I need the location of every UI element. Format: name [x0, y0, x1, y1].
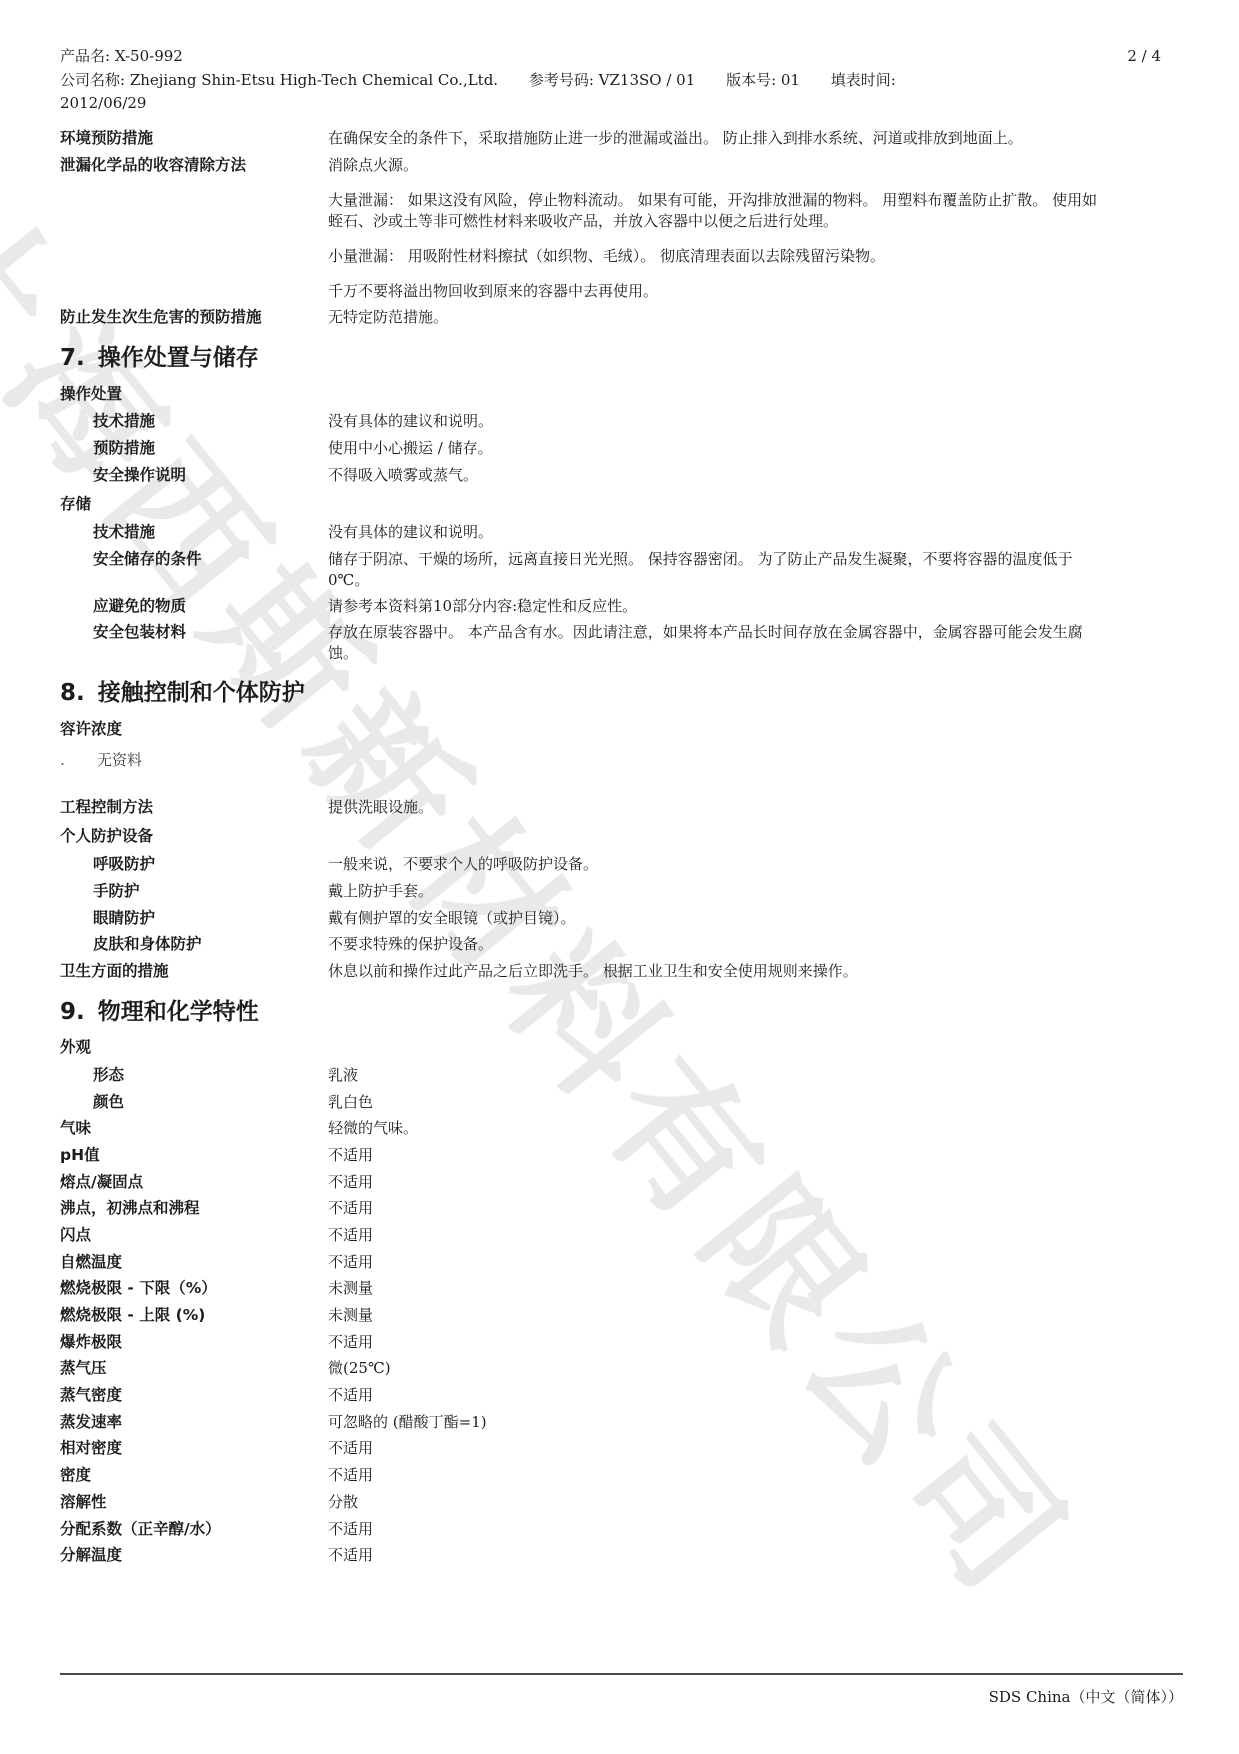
field-value: 使用中小心搬运 / 储存。 [328, 438, 1104, 459]
field-label: 燃烧极限 - 上限 (%) [60, 1305, 328, 1327]
field-value: 不适用 [328, 1438, 1104, 1459]
field-row: 爆炸极限不适用 [60, 1332, 1179, 1354]
field-label: 应避免的物质 [60, 596, 328, 618]
field-value: 不适用 [328, 1332, 1104, 1353]
field-value: 不适用 [328, 1465, 1104, 1486]
company-name: 公司名称: Zhejiang Shin-Etsu High-Tech Chemi… [60, 71, 498, 89]
field-label: 泄漏化学品的收容清除方法 [60, 155, 328, 177]
field-value: 储存于阴凉、干燥的场所，远离直接日光光照。 保持容器密闭。 为了防止产品发生凝聚… [328, 549, 1104, 591]
field-label: 预防措施 [60, 438, 328, 460]
field-row: 蒸气密度不适用 [60, 1385, 1179, 1407]
section-heading-9: 9.物理和化学特性 [60, 999, 1179, 1027]
sds-document-page: 上海西斯新材料有限公司 产品名: X-50-992 2 / 4 公司名称: Zh… [0, 0, 1239, 1754]
section-heading-8: 8.接触控制和个体防护 [60, 680, 1179, 708]
note-row: .无资料 [60, 750, 1179, 771]
field-row: pH值不适用 [60, 1145, 1179, 1167]
field-label: 皮肤和身体防护 [60, 934, 328, 956]
field-value: 轻微的气味。 [328, 1118, 1104, 1139]
field-row: 燃烧极限 - 下限（%）未测量 [60, 1278, 1179, 1300]
group-heading: 存储 [60, 494, 91, 516]
field-label: 形态 [60, 1065, 328, 1087]
field-label: 工程控制方法 [60, 797, 328, 819]
field-value: 无特定防范措施。 [328, 307, 1104, 328]
field-row: 眼睛防护戴有侧护罩的安全眼镜（或护目镜）。 [60, 908, 1179, 930]
field-label: 燃烧极限 - 下限（%） [60, 1278, 328, 1300]
field-value: 未测量 [328, 1278, 1104, 1299]
field-label: 卫生方面的措施 [60, 961, 328, 983]
field-label: 分配系数（正辛醇/水） [60, 1519, 328, 1541]
field-value: 不得吸入喷雾或蒸气。 [328, 465, 1104, 486]
fill-date: 2012/06/29 [60, 94, 146, 112]
field-value: 不适用 [328, 1545, 1104, 1566]
group-heading-row: 外观 [60, 1037, 1179, 1059]
field-row: 气味轻微的气味。 [60, 1118, 1179, 1140]
field-row: 形态乳液 [60, 1065, 1179, 1087]
field-value: 乳白色 [328, 1092, 1104, 1113]
document-footer: SDS China（中文（简体）） [60, 1673, 1183, 1708]
field-label: pH值 [60, 1145, 328, 1167]
field-value: 消除点火源。 [328, 155, 1104, 176]
date-label: 填表时间: [831, 71, 896, 89]
paragraph-text: 大量泄漏： 如果这没有风险，停止物料流动。 如果有可能，开沟排放泄漏的物料。 用… [328, 190, 1104, 232]
field-value: 乳液 [328, 1065, 1104, 1086]
footer-text: SDS China（中文（简体）） [989, 1688, 1183, 1706]
field-label: 闪点 [60, 1225, 328, 1247]
field-row: 沸点，初沸点和沸程不适用 [60, 1198, 1179, 1220]
field-value: 分散 [328, 1492, 1104, 1513]
group-heading: 外观 [60, 1037, 91, 1059]
page-indicator: 2 / 4 [1127, 46, 1161, 67]
section-number: 8. [60, 680, 85, 708]
field-label: 熔点/凝固点 [60, 1172, 328, 1194]
field-label: 蒸气压 [60, 1358, 328, 1380]
field-row: 手防护戴上防护手套。 [60, 881, 1179, 903]
field-value: 不适用 [328, 1172, 1104, 1193]
field-value: 一般来说，不要求个人的呼吸防护设备。 [328, 854, 1104, 875]
field-label: 环境预防措施 [60, 128, 328, 150]
field-label: 安全包装材料 [60, 622, 328, 644]
field-value: 微(25℃) [328, 1358, 1104, 1379]
field-value: 不适用 [328, 1145, 1104, 1166]
group-heading-row: 操作处置 [60, 384, 1179, 406]
field-label: 防止发生次生危害的预防措施 [60, 307, 328, 329]
field-label: 爆炸极限 [60, 1332, 328, 1354]
field-row: 技术措施没有具体的建议和说明。 [60, 522, 1179, 544]
product-name: 产品名: X-50-992 [60, 46, 183, 67]
paragraph-text: 小量泄漏： 用吸附性材料擦拭（如织物、毛绒）。 彻底清理表面以去除残留污染物。 [328, 246, 1104, 267]
group-heading-row: 存储 [60, 494, 1179, 516]
field-row: 环境预防措施在确保安全的条件下，采取措施防止进一步的泄漏或溢出。 防止排入到排水… [60, 128, 1179, 150]
field-value: 不适用 [328, 1252, 1104, 1273]
field-row: 分解温度不适用 [60, 1545, 1179, 1567]
field-row: 燃烧极限 - 上限 (%)未测量 [60, 1305, 1179, 1327]
field-label: 分解温度 [60, 1545, 328, 1567]
field-label: 蒸发速率 [60, 1412, 328, 1434]
field-label: 呼吸防护 [60, 854, 328, 876]
field-label: 自燃温度 [60, 1252, 328, 1274]
field-row: 泄漏化学品的收容清除方法消除点火源。 [60, 155, 1179, 177]
field-row: 相对密度不适用 [60, 1438, 1179, 1460]
field-value: 提供洗眼设施。 [328, 797, 1104, 818]
section-title: 操作处置与储存 [98, 345, 259, 373]
document-header: 产品名: X-50-992 2 / 4 [60, 46, 1179, 67]
field-value: 在确保安全的条件下，采取措施防止进一步的泄漏或溢出。 防止排入到排水系统、河道或… [328, 128, 1104, 149]
field-label: 密度 [60, 1465, 328, 1487]
group-heading: 容许浓度 [60, 719, 122, 741]
group-heading: 操作处置 [60, 384, 122, 406]
stray-dot: . [60, 750, 97, 771]
field-value: 不适用 [328, 1385, 1104, 1406]
field-row: 防止发生次生危害的预防措施无特定防范措施。 [60, 307, 1179, 329]
field-row: 自燃温度不适用 [60, 1252, 1179, 1274]
field-row: 卫生方面的措施休息以前和操作过此产品之后立即洗手。 根据工业卫生和安全使用规则来… [60, 961, 1179, 983]
field-label: 技术措施 [60, 522, 328, 544]
field-row: 工程控制方法提供洗眼设施。 [60, 797, 1179, 819]
field-row: 应避免的物质请参考本资料第10部分内容:稳定性和反应性。 [60, 596, 1179, 618]
field-value: 不适用 [328, 1198, 1104, 1219]
field-value: 没有具体的建议和说明。 [328, 522, 1104, 543]
field-row: 蒸发速率可忽略的 (醋酸丁酯=1) [60, 1412, 1179, 1434]
field-value: 戴有侧护罩的安全眼镜（或护目镜）。 [328, 908, 1104, 929]
field-row: 密度不适用 [60, 1465, 1179, 1487]
field-row: 技术措施没有具体的建议和说明。 [60, 411, 1179, 433]
section-heading-7: 7.操作处置与储存 [60, 345, 1179, 373]
field-value: 不适用 [328, 1519, 1104, 1540]
field-row: 安全包装材料存放在原装容器中。 本产品含有水。因此请注意，如果将本产品长时间存放… [60, 622, 1179, 664]
reference-number: 参考号码: VZ13SO / 01 [529, 71, 695, 89]
field-value: 可忽略的 (醋酸丁酯=1) [328, 1412, 1104, 1433]
field-label: 技术措施 [60, 411, 328, 433]
version-number: 版本号: 01 [726, 71, 800, 89]
field-label: 气味 [60, 1118, 328, 1140]
header-date: 2012/06/29 [60, 93, 1179, 114]
field-row: 蒸气压微(25℃) [60, 1358, 1179, 1380]
field-label: 溶解性 [60, 1492, 328, 1514]
field-label: 相对密度 [60, 1438, 328, 1460]
field-value: 没有具体的建议和说明。 [328, 411, 1104, 432]
note-text: 无资料 [97, 750, 142, 771]
field-label: 眼睛防护 [60, 908, 328, 930]
section-number: 9. [60, 999, 85, 1027]
field-label: 颜色 [60, 1092, 328, 1114]
field-row: 颜色乳白色 [60, 1092, 1179, 1114]
field-row: 预防措施使用中小心搬运 / 储存。 [60, 438, 1179, 460]
field-value: 戴上防护手套。 [328, 881, 1104, 902]
section-title: 物理和化学特性 [98, 999, 259, 1027]
paragraph-row: 千万不要将溢出物回收到原来的容器中去再使用。 [60, 281, 1179, 302]
paragraph-row: 小量泄漏： 用吸附性材料擦拭（如织物、毛绒）。 彻底清理表面以去除残留污染物。 [60, 246, 1179, 267]
field-label: 沸点，初沸点和沸程 [60, 1198, 328, 1220]
field-value: 休息以前和操作过此产品之后立即洗手。 根据工业卫生和安全使用规则来操作。 [328, 961, 1104, 982]
group-heading-row: 容许浓度 [60, 719, 1179, 741]
paragraph-row: 大量泄漏： 如果这没有风险，停止物料流动。 如果有可能，开沟排放泄漏的物料。 用… [60, 190, 1179, 232]
field-value: 未测量 [328, 1305, 1104, 1326]
page-content: 产品名: X-50-992 2 / 4 公司名称: Zhejiang Shin-… [0, 0, 1239, 1567]
field-row: 熔点/凝固点不适用 [60, 1172, 1179, 1194]
field-label: 安全储存的条件 [60, 549, 328, 571]
field-row: 安全储存的条件储存于阴凉、干燥的场所，远离直接日光光照。 保持容器密闭。 为了防… [60, 549, 1179, 591]
field-value: 请参考本资料第10部分内容:稳定性和反应性。 [328, 596, 1104, 617]
header-company-line: 公司名称: Zhejiang Shin-Etsu High-Tech Chemi… [60, 70, 1179, 91]
field-label: 安全操作说明 [60, 465, 328, 487]
group-heading: 个人防护设备 [60, 826, 153, 848]
field-value: 不要求特殊的保护设备。 [328, 934, 1104, 955]
field-row: 安全操作说明不得吸入喷雾或蒸气。 [60, 465, 1179, 487]
field-value: 存放在原装容器中。 本产品含有水。因此请注意，如果将本产品长时间存放在金属容器中… [328, 622, 1104, 664]
field-row: 分配系数（正辛醇/水）不适用 [60, 1519, 1179, 1541]
field-row: 闪点不适用 [60, 1225, 1179, 1247]
field-label: 蒸气密度 [60, 1385, 328, 1407]
section-number: 7. [60, 345, 85, 373]
field-row: 皮肤和身体防护不要求特殊的保护设备。 [60, 934, 1179, 956]
paragraph-text: 千万不要将溢出物回收到原来的容器中去再使用。 [328, 281, 1104, 302]
field-label: 手防护 [60, 881, 328, 903]
field-row: 呼吸防护一般来说，不要求个人的呼吸防护设备。 [60, 854, 1179, 876]
field-row: 溶解性分散 [60, 1492, 1179, 1514]
document-body: 环境预防措施在确保安全的条件下，采取措施防止进一步的泄漏或溢出。 防止排入到排水… [60, 128, 1179, 1567]
field-value: 不适用 [328, 1225, 1104, 1246]
section-title: 接触控制和个体防护 [98, 680, 305, 708]
group-heading-row: 个人防护设备 [60, 826, 1179, 848]
